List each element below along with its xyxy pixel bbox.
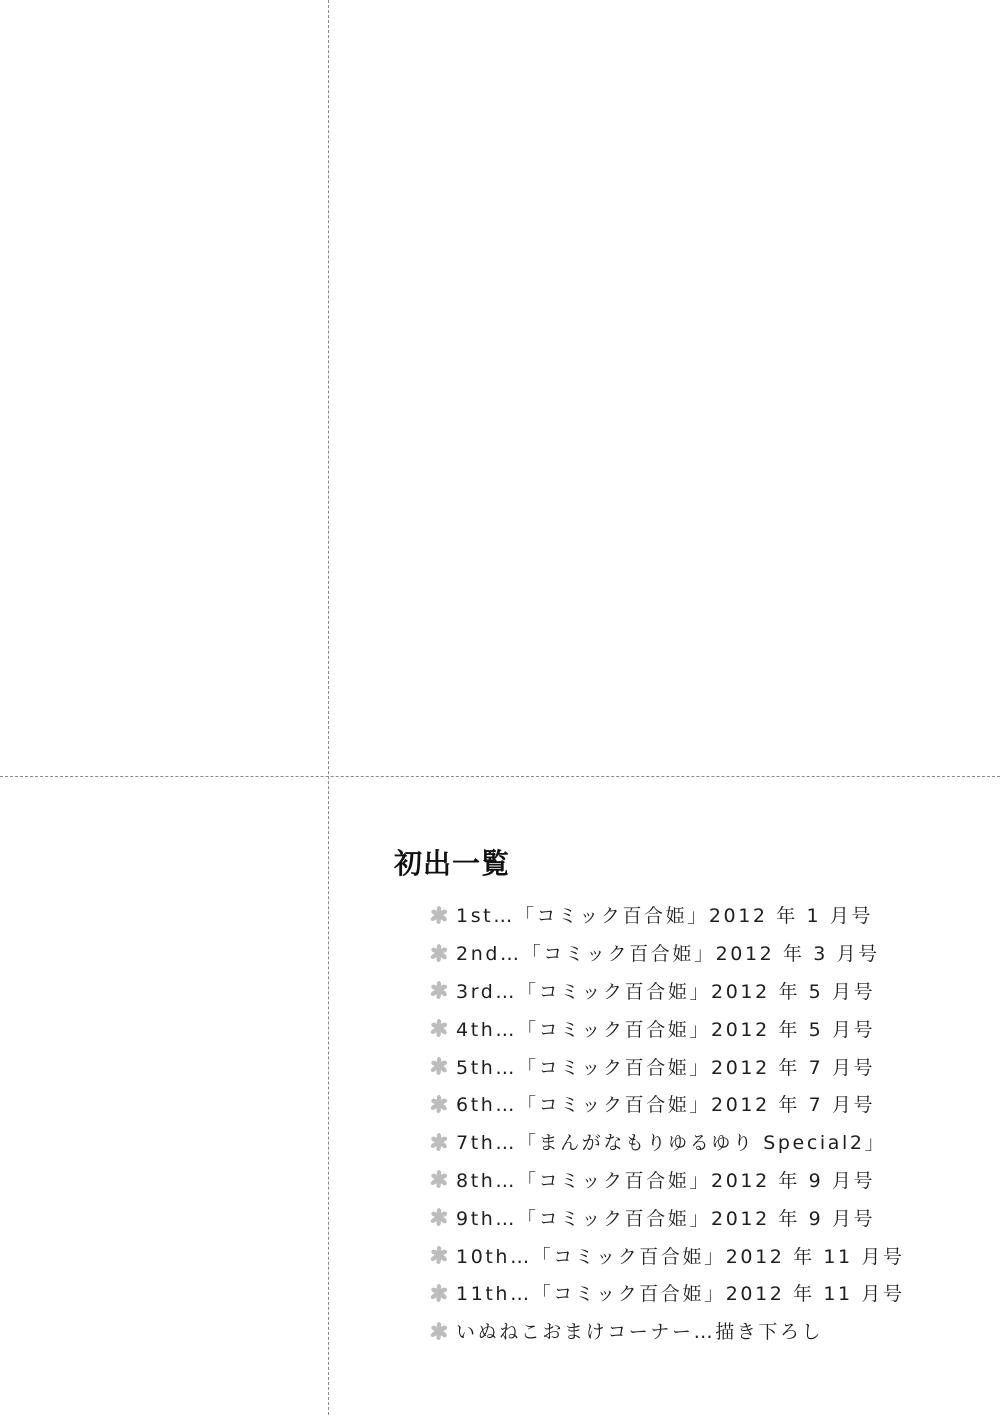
flower-icon (428, 1093, 450, 1115)
flower-icon (428, 979, 450, 1001)
flower-icon (428, 1206, 450, 1228)
list-item-text: 4th…「コミック百合姫」2012 年 5 月号 (456, 1015, 875, 1042)
flower-icon (428, 1168, 450, 1190)
credits-list: 1st…「コミック百合姫」2012 年 1 月号 2nd…「コミック百合姫」20… (428, 896, 905, 1350)
flower-icon (428, 1244, 450, 1266)
list-item-text: 2nd…「コミック百合姫」2012 年 3 月号 (456, 939, 880, 966)
list-item-text: 7th…「まんがなもりゆるゆり Special2」 (456, 1128, 886, 1155)
flower-icon (428, 1320, 450, 1342)
page-title: 初出一覧 (394, 846, 905, 882)
list-item: 2nd…「コミック百合姫」2012 年 3 月号 (428, 934, 905, 972)
list-item-text: 8th…「コミック百合姫」2012 年 9 月号 (456, 1166, 875, 1193)
list-item: 10th…「コミック百合姫」2012 年 11 月号 (428, 1236, 905, 1274)
list-item: 1st…「コミック百合姫」2012 年 1 月号 (428, 896, 905, 934)
flower-icon (428, 1055, 450, 1077)
list-item: 5th…「コミック百合姫」2012 年 7 月号 (428, 1047, 905, 1085)
list-item-text: 11th…「コミック百合姫」2012 年 11 月号 (456, 1279, 905, 1306)
list-item-text: 3rd…「コミック百合姫」2012 年 5 月号 (456, 977, 875, 1004)
list-item-text: 10th…「コミック百合姫」2012 年 11 月号 (456, 1242, 905, 1269)
first-appearance-list: 初出一覧 1st…「コミック百合姫」2012 年 1 月号 2nd…「コミック百… (394, 846, 905, 1350)
list-item: いぬねこおまけコーナー…描き下ろし (428, 1312, 905, 1350)
list-item-text: 9th…「コミック百合姫」2012 年 9 月号 (456, 1204, 875, 1231)
flower-icon (428, 1131, 450, 1153)
flower-icon (428, 942, 450, 964)
list-item: 8th…「コミック百合姫」2012 年 9 月号 (428, 1161, 905, 1199)
list-item: 11th…「コミック百合姫」2012 年 11 月号 (428, 1274, 905, 1312)
flower-icon (428, 1017, 450, 1039)
list-item-text: 5th…「コミック百合姫」2012 年 7 月号 (456, 1053, 875, 1080)
flower-icon (428, 1282, 450, 1304)
list-item: 4th…「コミック百合姫」2012 年 5 月号 (428, 1009, 905, 1047)
vertical-trim-line (328, 0, 329, 1415)
list-item-text: 6th…「コミック百合姫」2012 年 7 月号 (456, 1090, 875, 1117)
list-item-text: いぬねこおまけコーナー…描き下ろし (456, 1317, 823, 1344)
flower-icon (428, 904, 450, 926)
list-item-text: 1st…「コミック百合姫」2012 年 1 月号 (456, 901, 873, 928)
list-item: 3rd…「コミック百合姫」2012 年 5 月号 (428, 972, 905, 1010)
list-item: 6th…「コミック百合姫」2012 年 7 月号 (428, 1085, 905, 1123)
list-item: 7th…「まんがなもりゆるゆり Special2」 (428, 1123, 905, 1161)
list-item: 9th…「コミック百合姫」2012 年 9 月号 (428, 1198, 905, 1236)
horizontal-trim-line (0, 776, 1000, 777)
